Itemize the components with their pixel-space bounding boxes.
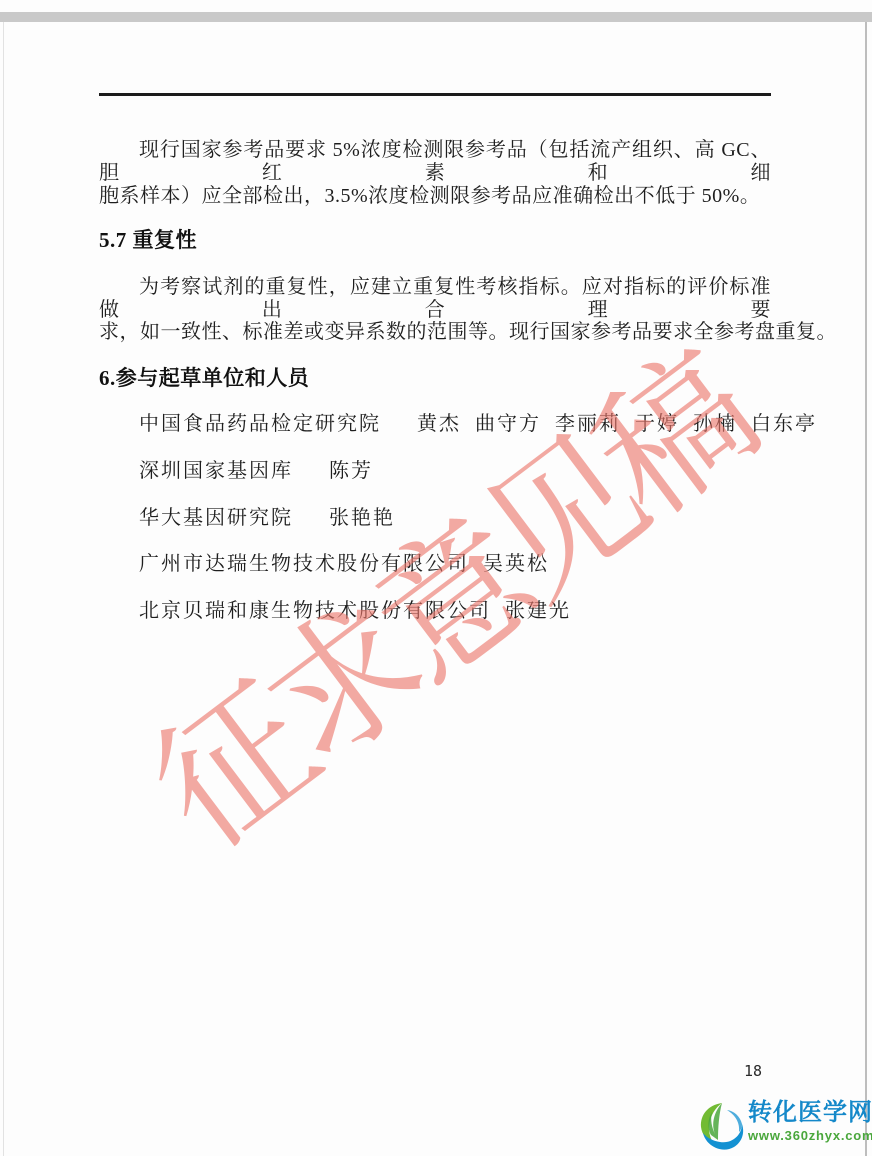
logo-text-block: 转化医学网 www.360zhyx.com [748,1100,872,1143]
top-gray-band [0,12,872,22]
page-number: 18 [744,1062,762,1080]
document-page: 现行国家参考品要求 5%浓度检测限参考品（包括流产组织、高 GC、胆红素和细 胞… [0,0,872,1156]
paragraph-line: 求，如一致性、标准差或变异系数的范围等。现行国家参考品要求全参考盘重复。 [99,321,771,344]
page-left-border [3,22,4,1156]
drafter-line: 北京贝瑞和康生物技术股份有限公司 张建光 [139,600,772,623]
drafter-line: 中国食品药品检定研究院 黄杰 曲守方 李丽莉 于婷 孙楠 白东亭 [139,413,772,436]
page-right-border [865,22,867,1156]
logo-title: 转化医学网 [748,1100,872,1126]
paragraph-line: 为考察试剂的重复性，应建立重复性考核指标。应对指标的评价标准做出合理要 [99,276,771,322]
drafter-line: 深圳国家基因库 陈芳 [139,460,772,483]
leaf-swirl-icon [698,1102,746,1152]
drafter-line: 华大基因研究院 张艳艳 [139,507,772,530]
section-heading-drafters: 6.参与起草单位和人员 [99,366,309,390]
drafter-line: 广州市达瑞生物技术股份有限公司 吴英松 [139,553,772,576]
header-rule [99,93,771,96]
site-logo: 转化医学网 www.360zhyx.com [698,1100,872,1152]
paragraph-line: 胞系样本）应全部检出，3.5%浓度检测限参考品应准确检出不低于 50%。 [99,185,771,208]
section-heading-repeatability: 5.7 重复性 [99,228,197,252]
paragraph-line: 现行国家参考品要求 5%浓度检测限参考品（包括流产组织、高 GC、胆红素和细 [99,139,771,185]
logo-url: www.360zhyx.com [748,1128,872,1143]
